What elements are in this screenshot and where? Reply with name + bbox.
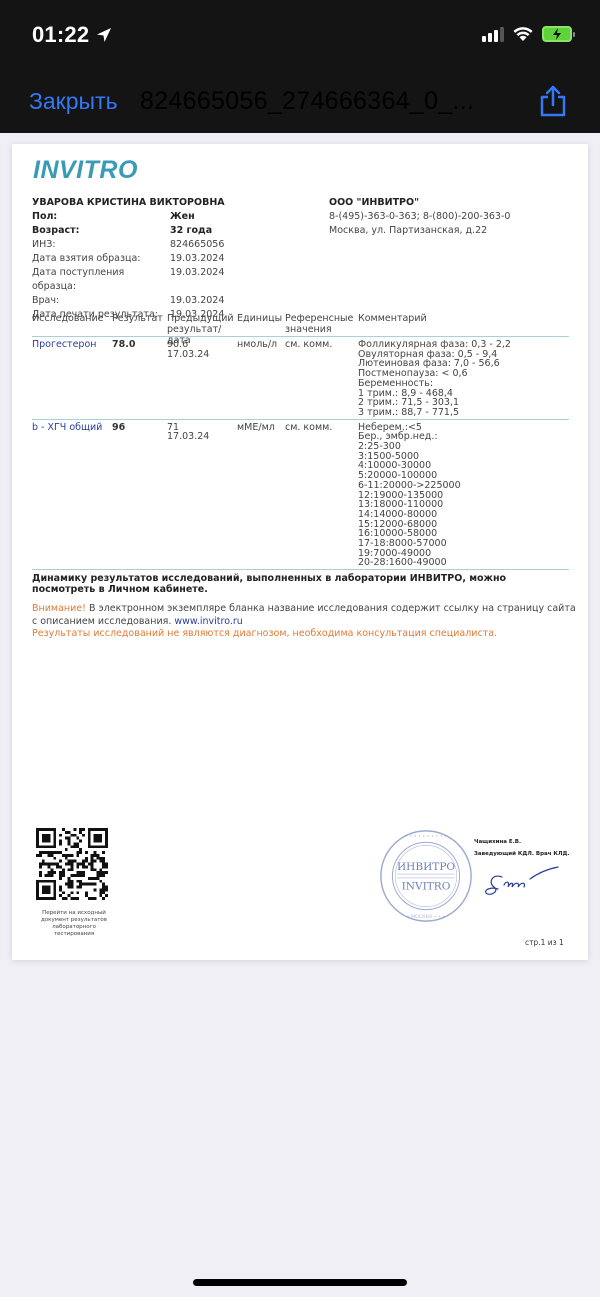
qr-caption: Перейти на исходный документ результатов…: [35, 910, 113, 938]
field-label: Дата взятия образца:: [32, 252, 170, 266]
lab-address: Москва, ул. Партизанская, д.22: [329, 224, 510, 238]
reference: см. комм.: [285, 340, 358, 418]
test-name-link[interactable]: Прогестерон: [32, 340, 112, 418]
qr-code[interactable]: [36, 828, 108, 900]
reference: см. комм.: [285, 423, 358, 569]
patient-field: ИНЗ:824665056: [32, 238, 225, 252]
page-number: стр.1 из 1: [525, 938, 564, 947]
lab-name: ООО "ИНВИТРО": [329, 196, 510, 210]
status-icons: [482, 26, 572, 42]
signer: Чащихина Е.В. Заведующий КДЛ. Врач КЛД.: [474, 836, 569, 860]
lab-phones: 8-(495)-363-0-363; 8-(800)-200-363-0: [329, 210, 510, 224]
patient-field: Дата поступления образца:19.03.2024: [32, 266, 225, 294]
time-label: 01:22: [32, 22, 89, 48]
patient-name: УВАРОВА КРИСТИНА ВИКТОРОВНА: [32, 196, 225, 210]
qr-block: Перейти на исходный документ результатов…: [35, 828, 115, 938]
field-label: Возраст:: [32, 224, 170, 238]
field-value: 19.03.2024: [170, 294, 224, 308]
comment: Неберем.:<5Бер., эмбр.нед.:2:25-3003:150…: [358, 423, 569, 569]
invitro-link[interactable]: www.invitro.ru: [174, 616, 242, 627]
attention-label: Внимание!: [32, 603, 86, 614]
previous-result: 90.617.03.24: [167, 340, 237, 418]
top-bar: 01:22 Закрыть 824665056_274666364_0_...: [0, 0, 600, 133]
result-value: 96: [112, 423, 167, 569]
field-value: Жен: [170, 210, 195, 224]
disclaimer: Результаты исследований не являются диаг…: [32, 628, 497, 639]
status-time: 01:22: [32, 22, 113, 48]
battery-charging-icon: [542, 26, 572, 42]
dynamics-note: Динамику результатов исследований, выпол…: [32, 573, 572, 595]
svg-text:• МОСКВА • • •: • МОСКВА • • •: [407, 914, 446, 920]
comment: Фолликулярная фаза: 0,3 - 2,2Овуляторная…: [358, 340, 569, 418]
signature: [482, 859, 562, 904]
field-label: Врач:: [32, 294, 170, 308]
patient-field: Дата взятия образца:19.03.2024: [32, 252, 225, 266]
previous-date: 17.03.24: [167, 350, 237, 360]
patient-info: УВАРОВА КРИСТИНА ВИКТОРОВНА Пол:ЖенВозра…: [32, 196, 225, 322]
lab-stamp: ИНВИТРО INVITRO • • • • • • • • • • • МО…: [378, 828, 474, 924]
header-comment: Комментарий: [358, 313, 569, 336]
document-title: 824665056_274666364_0_...: [140, 87, 474, 116]
document-page: INVITRO УВАРОВА КРИСТИНА ВИКТОРОВНА Пол:…: [12, 144, 588, 960]
home-indicator[interactable]: [193, 1279, 407, 1286]
comment-line: 20-28:1600-49000: [358, 558, 569, 568]
header-units: Единицы: [237, 313, 285, 336]
results-table: Исследование Результат Предыдущий резуль…: [32, 313, 569, 570]
stamp-text-ru: ИНВИТРО: [397, 861, 455, 873]
test-name-link[interactable]: b - ХГЧ общий: [32, 423, 112, 569]
header-test: Исследование: [32, 313, 112, 336]
patient-field: Пол:Жен: [32, 210, 225, 224]
field-value: 19.03.2024: [170, 252, 224, 266]
header-reference: Референсные значения: [285, 313, 358, 336]
field-value: 19.03.2024: [170, 266, 224, 294]
invitro-logo: INVITRO: [33, 156, 138, 185]
wifi-icon: [512, 26, 534, 42]
cellular-signal-icon: [482, 26, 504, 42]
share-icon: [536, 84, 570, 118]
field-value: 32 года: [170, 224, 212, 238]
units: нмоль/л: [237, 340, 285, 418]
units: мМЕ/мл: [237, 423, 285, 569]
field-value: 824665056: [170, 238, 224, 252]
lab-info: ООО "ИНВИТРО" 8-(495)-363-0-363; 8-(800)…: [329, 196, 510, 238]
table-row: b - ХГЧ общий967117.03.24мМЕ/млсм. комм.…: [32, 420, 569, 571]
location-arrow-icon: [95, 26, 113, 44]
table-header: Исследование Результат Предыдущий резуль…: [32, 313, 569, 337]
result-value: 78.0: [112, 340, 167, 418]
field-label: Пол:: [32, 210, 170, 224]
notice: Внимание! В электронном экземпляре бланк…: [32, 603, 577, 641]
svg-text:• • • • • • • • • •: • • • • • • • • • •: [405, 835, 447, 840]
field-label: Дата поступления образца:: [32, 266, 170, 294]
header-result: Результат: [112, 313, 167, 336]
patient-field: Возраст:32 года: [32, 224, 225, 238]
notice-text: В электронном экземпляре бланка название…: [32, 603, 576, 627]
share-button[interactable]: [536, 84, 570, 118]
signer-name: Чащихина Е.В.: [474, 836, 569, 848]
header-previous: Предыдущий результат/дата: [167, 313, 237, 336]
patient-field: Врач:19.03.2024: [32, 294, 225, 308]
previous-result: 7117.03.24: [167, 423, 237, 569]
table-row: Прогестерон78.090.617.03.24нмоль/лсм. ко…: [32, 337, 569, 420]
field-label: ИНЗ:: [32, 238, 170, 252]
close-button[interactable]: Закрыть: [29, 88, 118, 115]
comment-line: 3 трим.: 88,7 - 771,5: [358, 408, 569, 418]
previous-date: 17.03.24: [167, 432, 237, 442]
stamp-text-en: INVITRO: [402, 880, 451, 892]
